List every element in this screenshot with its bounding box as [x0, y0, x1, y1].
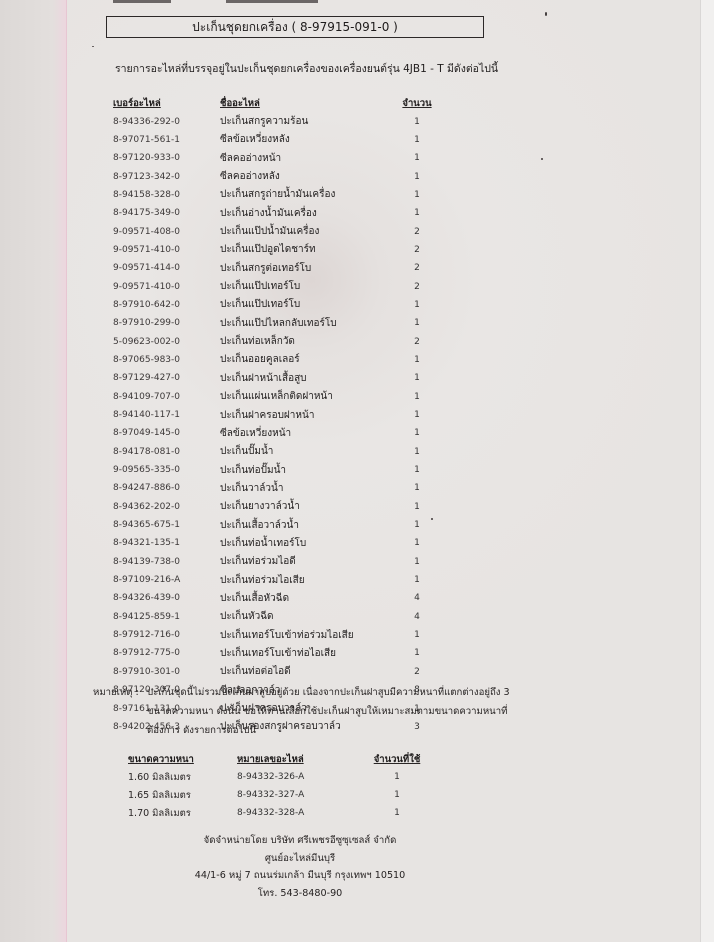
part-name: ซีลข้อเหวี่ยงหน้า	[220, 426, 395, 441]
table-row: 8-97910-301-0ปะเก็นท่อต่อไอดี2	[113, 663, 437, 681]
part-name: ปะเก็นท่อน้ำเทอร์โบ	[220, 536, 395, 551]
part-number: 8-94125-859-1	[113, 612, 220, 622]
table-row: 8-97065-983-0ปะเก็นออยคูลเลอร์1	[113, 351, 437, 369]
part-name: ปะเก็นวาล์วน้ำ	[220, 481, 395, 496]
part-number: 8-97123-342-0	[113, 172, 220, 182]
parts-table: เบอร์อะไหล่ ชื่ออะไหล่ จำนวน 8-94336-292…	[113, 94, 437, 736]
thickness-table-body: 1.60 มิลลิเมตร8-94332-326-A11.65 มิลลิเม…	[128, 768, 437, 822]
table-row: 8-94247-886-0ปะเก็นวาล์วน้ำ1	[113, 479, 437, 497]
part-name: ปะเก็นแป๊ปเทอร์โบ	[220, 297, 395, 312]
quantity: 1	[395, 428, 437, 438]
thickness: 1.60 มิลลิเมตร	[128, 770, 237, 785]
quantity: 1	[395, 410, 437, 420]
part-number: 8-97912-775-0	[113, 648, 220, 658]
quantity-used: 1	[357, 790, 437, 800]
part-name: ปะเก็นเสื้อหัวฉีด	[220, 591, 395, 606]
phone: โทร. 543-8480-90	[180, 885, 420, 903]
quantity-used: 1	[357, 808, 437, 818]
table-row: 8-94140-117-1ปะเก็นฝาครอบฝาหน้า1	[113, 406, 437, 424]
table-row: 8-94362-202-0ปะเก็นยางวาล์วน้ำ1	[113, 498, 437, 516]
table-row: 8-94178-081-0ปะเก็นปั๊มน้ำ1	[113, 443, 437, 461]
quantity: 1	[395, 135, 437, 145]
part-name: ปะเก็นแป๊ปน้ำมันเครื่อง	[220, 224, 395, 239]
part-name: ปะเก็นออยคูลเลอร์	[220, 352, 395, 367]
parts-table-header: เบอร์อะไหล่ ชื่ออะไหล่ จำนวน	[113, 94, 437, 112]
intro-text: รายการอะไหล่ที่บรรจุอยู่ในปะเก็นชุดยกเคร…	[115, 60, 498, 77]
quantity: 1	[395, 208, 437, 218]
table-row: 5-09623-002-0ปะเก็นท่อเหล็กวัด2	[113, 332, 437, 350]
quantity: 1	[395, 465, 437, 475]
quantity: 1	[395, 502, 437, 512]
thickness: 1.70 มิลลิเมตร	[128, 806, 237, 821]
part-name: ปะเก็นสกรูถ่ายน้ำมันเครื่อง	[220, 187, 395, 202]
part-number: 8-94365-675-1	[113, 520, 220, 530]
quantity: 1	[395, 153, 437, 163]
quantity: 1	[395, 172, 437, 182]
part-name: ปะเก็นเสื้อวาล์วน้ำ	[220, 518, 395, 533]
quantity: 1	[395, 392, 437, 402]
part-number: 8-97120-933-0	[113, 153, 220, 163]
part-number: 8-94332-327-A	[237, 790, 357, 800]
scan-background-left	[0, 0, 66, 942]
header-part-number: หมายเลขอะไหล่	[237, 752, 357, 767]
table-row: 8-97120-933-0ซีลคออ่างหน้า1	[113, 149, 437, 167]
part-number: 8-94109-707-0	[113, 392, 220, 402]
part-number: 8-94332-328-A	[237, 808, 357, 818]
part-number: 8-94175-349-0	[113, 208, 220, 218]
part-number: 8-94140-117-1	[113, 410, 220, 420]
part-number: 8-94326-439-0	[113, 593, 220, 603]
table-row: 8-94109-707-0ปะเก็นแผ่นเหล็กติดฝาหน้า1	[113, 388, 437, 406]
quantity: 4	[395, 612, 437, 622]
header-part-no: เบอร์อะไหล่	[113, 96, 220, 111]
quantity: 1	[395, 520, 437, 530]
quantity: 2	[395, 282, 437, 292]
part-name: ปะเก็นฝาครอบฝาหน้า	[220, 408, 395, 423]
table-row: 8-97910-642-0ปะเก็นแป๊ปเทอร์โบ1	[113, 296, 437, 314]
quantity: 1	[395, 557, 437, 567]
header-qty: จำนวน	[395, 96, 437, 111]
address: 44/1-6 หมู่ 7 ถนนร่มเกล้า มีนบุรี กรุงเท…	[180, 867, 420, 885]
quantity: 1	[395, 300, 437, 310]
quantity: 1	[395, 373, 437, 383]
part-name: ปะเก็นท่อต่อไอดี	[220, 664, 395, 679]
scan-background-right	[700, 0, 714, 942]
distributor-footer: จัดจำหน่ายโดย บริษัท ศรีเพชรอีซูซุเซลส์ …	[180, 832, 420, 902]
table-row: 8-97049-145-0ซีลข้อเหวี่ยงหน้า1	[113, 424, 437, 442]
quantity: 1	[395, 538, 437, 548]
part-name: ซีลคออ่างหน้า	[220, 151, 395, 166]
part-number: 9-09565-335-0	[113, 465, 220, 475]
part-name: ปะเก็นสกรูความร้อน	[220, 114, 395, 129]
thickness-table-header: ขนาดความหนา หมายเลขอะไหล่ จำนวนที่ใช้	[128, 750, 437, 768]
table-row: 8-94158-328-0ปะเก็นสกรูถ่ายน้ำมันเครื่อง…	[113, 186, 437, 204]
quantity: 1	[395, 630, 437, 640]
header-qty-used: จำนวนที่ใช้	[357, 752, 437, 767]
part-number: 9-09571-410-0	[113, 282, 220, 292]
part-name: ปะเก็นสกรูต่อเทอร์โบ	[220, 261, 395, 276]
quantity: 2	[395, 337, 437, 347]
part-number: 8-94139-738-0	[113, 557, 220, 567]
quantity: 2	[395, 263, 437, 273]
table-row: 8-94139-738-0ปะเก็นท่อร่วมไอดี1	[113, 553, 437, 571]
part-number: 8-94362-202-0	[113, 502, 220, 512]
quantity: 2	[395, 227, 437, 237]
table-row: 9-09565-335-0ปะเก็นท่อปั๊มน้ำ1	[113, 461, 437, 479]
part-name: ปะเก็นท่อร่วมไอดี	[220, 554, 395, 569]
part-number: 8-97129-427-0	[113, 373, 220, 383]
quantity-used: 1	[357, 772, 437, 782]
quantity: 1	[395, 190, 437, 200]
quantity: 1	[395, 447, 437, 457]
quantity: 1	[395, 318, 437, 328]
thickness: 1.65 มิลลิเมตร	[128, 788, 237, 803]
part-number: 9-09571-408-0	[113, 227, 220, 237]
quantity: 1	[395, 483, 437, 493]
quantity: 1	[395, 575, 437, 585]
part-number: 8-97109-216-A	[113, 575, 220, 585]
part-number: 8-97910-301-0	[113, 667, 220, 677]
table-row: 1.65 มิลลิเมตร8-94332-327-A1	[128, 786, 437, 804]
table-row: 9-09571-410-0ปะเก็นแป๊ปอูดไดชาร์ท2	[113, 241, 437, 259]
part-name: ซีลคออ่างหลัง	[220, 169, 395, 184]
cut-off-text-fragment	[113, 0, 171, 3]
part-number: 5-09623-002-0	[113, 337, 220, 347]
note-text: ปะเก็นชุดนี้ไม่รวมปะเก็นฝาสูบอยู่ด้วย เน…	[147, 683, 517, 740]
part-number: 9-09571-414-0	[113, 263, 220, 273]
part-number: 8-94158-328-0	[113, 190, 220, 200]
table-row: 8-97123-342-0ซีลคออ่างหลัง1	[113, 167, 437, 185]
quantity: 4	[395, 593, 437, 603]
part-number: 8-97912-716-0	[113, 630, 220, 640]
part-number: 8-97065-983-0	[113, 355, 220, 365]
table-row: 8-97071-561-1ซีลข้อเหวี่ยงหลัง1	[113, 131, 437, 149]
part-name: ปะเก็นหัวฉีด	[220, 609, 395, 624]
distributor-name: จัดจำหน่ายโดย บริษัท ศรีเพชรอีซูซุเซลส์ …	[180, 832, 420, 850]
quantity: 1	[395, 355, 437, 365]
quantity: 2	[395, 667, 437, 677]
header-thickness: ขนาดความหนา	[128, 752, 237, 767]
part-name: ปะเก็นยางวาล์วน้ำ	[220, 499, 395, 514]
cut-off-text-fragment	[226, 0, 318, 3]
part-name: ปะเก็นเทอร์โบเข้าท่อไอเสีย	[220, 646, 395, 661]
part-number: 8-97910-642-0	[113, 300, 220, 310]
table-row: 8-94326-439-0ปะเก็นเสื้อหัวฉีด4	[113, 589, 437, 607]
table-row: 8-97910-299-0ปะเก็นแป๊ปไหลกลับเทอร์โบ1	[113, 314, 437, 332]
part-number: 8-97049-145-0	[113, 428, 220, 438]
table-row: 8-94365-675-1ปะเก็นเสื้อวาล์วน้ำ1	[113, 516, 437, 534]
part-name: ปะเก็นท่อปั๊มน้ำ	[220, 463, 395, 478]
part-name: ปะเก็นฝาหน้าเสื้อสูบ	[220, 371, 395, 386]
part-number: 8-97910-299-0	[113, 318, 220, 328]
part-name: ปะเก็นปั๊มน้ำ	[220, 444, 395, 459]
part-number: 8-94336-292-0	[113, 117, 220, 127]
part-number: 8-94332-326-A	[237, 772, 357, 782]
part-name: ปะเก็นแป๊ปไหลกลับเทอร์โบ	[220, 316, 395, 331]
quantity: 1	[395, 648, 437, 658]
branch-name: ศูนย์อะไหล่มีนบุรี	[180, 850, 420, 868]
quantity: 2	[395, 245, 437, 255]
part-name: ซีลข้อเหวี่ยงหลัง	[220, 132, 395, 147]
table-row: 8-94336-292-0ปะเก็นสกรูความร้อน1	[113, 112, 437, 130]
part-name: ปะเก็นแผ่นเหล็กติดฝาหน้า	[220, 389, 395, 404]
part-number: 8-94178-081-0	[113, 447, 220, 457]
header-part-name: ชื่ออะไหล่	[220, 96, 395, 111]
thickness-table: ขนาดความหนา หมายเลขอะไหล่ จำนวนที่ใช้ 1.…	[128, 750, 437, 822]
part-name: ปะเก็นเทอร์โบเข้าท่อร่วมไอเสีย	[220, 628, 395, 643]
part-name: ปะเก็นแป๊ปอูดไดชาร์ท	[220, 242, 395, 257]
parts-table-body: 8-94336-292-0ปะเก็นสกรูความร้อน18-97071-…	[113, 112, 437, 736]
table-row: 8-97129-427-0ปะเก็นฝาหน้าเสื้อสูบ1	[113, 369, 437, 387]
quantity: 1	[395, 117, 437, 127]
part-name: ปะเก็นอ่างน้ำมันเครื่อง	[220, 206, 395, 221]
table-row: 8-94321-135-1ปะเก็นท่อน้ำเทอร์โบ1	[113, 534, 437, 552]
part-number: 8-97071-561-1	[113, 135, 220, 145]
part-name: ปะเก็นท่อร่วมไอเสีย	[220, 573, 395, 588]
table-row: 1.60 มิลลิเมตร8-94332-326-A1	[128, 768, 437, 786]
table-row: 1.70 มิลลิเมตร8-94332-328-A1	[128, 804, 437, 822]
table-row: 8-94125-859-1ปะเก็นหัวฉีด4	[113, 608, 437, 626]
table-row: 8-97912-775-0ปะเก็นเทอร์โบเข้าท่อไอเสีย1	[113, 644, 437, 662]
table-row: 8-97109-216-Aปะเก็นท่อร่วมไอเสีย1	[113, 571, 437, 589]
part-name: ปะเก็นแป๊ปเทอร์โบ	[220, 279, 395, 294]
table-row: 9-09571-410-0ปะเก็นแป๊ปเทอร์โบ2	[113, 277, 437, 295]
table-row: 9-09571-408-0ปะเก็นแป๊ปน้ำมันเครื่อง2	[113, 222, 437, 240]
table-row: 9-09571-414-0ปะเก็นสกรูต่อเทอร์โบ2	[113, 259, 437, 277]
part-name: ปะเก็นท่อเหล็กวัด	[220, 334, 395, 349]
table-row: 8-97912-716-0ปะเก็นเทอร์โบเข้าท่อร่วมไอเ…	[113, 626, 437, 644]
table-row: 8-94175-349-0ปะเก็นอ่างน้ำมันเครื่อง1	[113, 204, 437, 222]
part-number: 9-09571-410-0	[113, 245, 220, 255]
document-title: ปะเก็นชุดยกเครื่อง ( 8-97915-091-0 )	[106, 16, 484, 38]
part-number: 8-94321-135-1	[113, 538, 220, 548]
part-number: 8-94247-886-0	[113, 483, 220, 493]
note-label: หมายเหตุ :	[93, 683, 139, 702]
